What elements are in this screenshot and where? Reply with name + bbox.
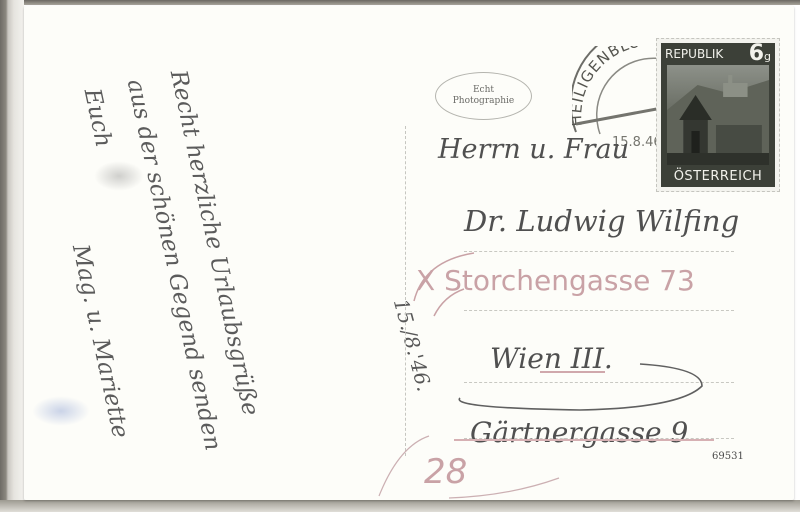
echt-photographie-mark: Echt Photographie [435,72,532,120]
stamp-country-top: REPUBLIK [665,47,723,61]
scan-border-left [0,0,24,512]
mark-line-2: Photographie [453,96,515,107]
address-salutation: Herrn u. Frau [438,134,629,165]
postcard-back: Recht herzliche Urlaubsgrüße aus der sch… [24,6,794,500]
scan-border-top [0,0,800,5]
svg-text:HEILIGENBLUT: HEILIGENBLUT [572,46,652,127]
blue-smudge [32,396,90,426]
postage-stamp: REPUBLIK 6g ÖSTERREICH [656,38,780,192]
print-number: 69531 [712,451,744,462]
stamp-country-bottom: ÖSTERREICH [674,169,763,184]
postmark-town: HEILIGENBLUT [572,46,652,127]
stamp-castle-picture [667,65,769,165]
stamp-value: 6g [749,41,771,66]
mark-line-1: Echt [473,85,494,96]
scan-border-bottom [0,500,800,512]
city-underline-swoosh [440,346,710,416]
address-name: Dr. Ludwig Wilfing [464,204,739,238]
red-pencil-strokes [369,416,569,500]
red-strikethrough [404,241,784,321]
